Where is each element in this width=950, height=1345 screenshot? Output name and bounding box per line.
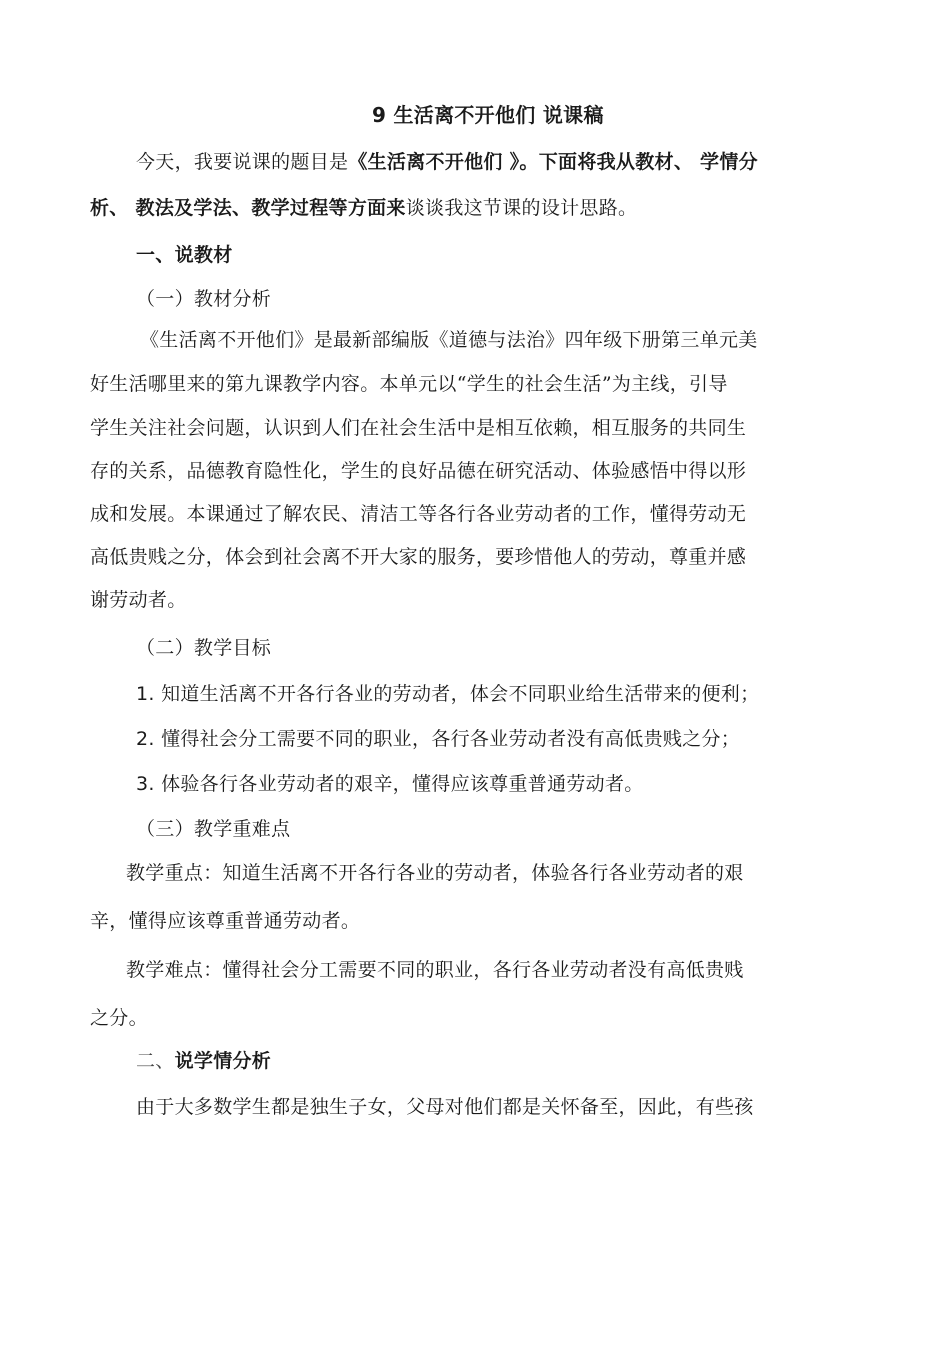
intro-text-bold: 《生活离不开他们 》。下面将我从教材、 学情分 bbox=[348, 151, 758, 173]
goal-item: 2. 懂得社会分工需要不同的职业，各行各业劳动者没有高低贵贱之分； bbox=[136, 727, 740, 751]
goal-item: 1. 知道生活离不开各行各业的劳动者，体会不同职业给生活带来的便利； bbox=[136, 682, 759, 706]
section-number: 二、 bbox=[136, 1050, 175, 1072]
intro-text: 谈谈我这节课的设计思路。 bbox=[406, 197, 638, 219]
difficult-point-line: 之分。 bbox=[90, 1006, 148, 1030]
subheading-key-difficult-points: （三）教学重难点 bbox=[136, 817, 290, 841]
paragraph-line: 《生活离不开他们》是最新部编版《道德与法治》四年级下册第三单元美 bbox=[140, 328, 758, 352]
subheading-teaching-goals: （二）教学目标 bbox=[136, 636, 271, 660]
intro-text: 今天，我要说课的题目是 bbox=[136, 151, 348, 173]
paragraph-line: 成和发展。本课通过了解农民、清洁工等各行各业劳动者的工作，懂得劳动无 bbox=[90, 502, 746, 526]
intro-line-1: 今天，我要说课的题目是《生活离不开他们 》。下面将我从教材、 学情分 bbox=[136, 150, 758, 174]
intro-text-bold: 析、 教法及学法、教学过程等方面来 bbox=[90, 197, 406, 219]
paragraph-line: 高低贵贱之分，体会到社会离不开大家的服务，要珍惜他人的劳动，尊重并感 bbox=[90, 545, 746, 569]
key-point-line: 辛，懂得应该尊重普通劳动者。 bbox=[90, 909, 360, 933]
intro-line-2: 析、 教法及学法、教学过程等方面来谈谈我这节课的设计思路。 bbox=[90, 196, 637, 220]
paragraph-line: 谢劳动者。 bbox=[90, 588, 187, 612]
section-title: 说学情分析 bbox=[175, 1050, 272, 1072]
paragraph-line: 由于大多数学生都是独生子女，父母对他们都是关怀备至，因此，有些孩 bbox=[136, 1095, 754, 1119]
document-title: 9 生活离不开他们 说课稿 bbox=[372, 103, 604, 127]
paragraph-line: 存的关系，品德教育隐性化，学生的良好品德在研究活动、体验感悟中得以形 bbox=[90, 459, 746, 483]
document-page: 9 生活离不开他们 说课稿 今天，我要说课的题目是《生活离不开他们 》。下面将我… bbox=[0, 0, 950, 1345]
subheading-textbook-analysis: （一）教材分析 bbox=[136, 287, 271, 311]
key-point-line: 教学重点：知道生活离不开各行各业的劳动者，体验各行各业劳动者的艰 bbox=[126, 861, 744, 885]
section-heading-textbook: 一、说教材 bbox=[136, 243, 233, 267]
section-heading-student-analysis: 二、说学情分析 bbox=[136, 1049, 271, 1073]
paragraph-line: 学生关注社会问题，认识到人们在社会生活中是相互依赖，相互服务的共同生 bbox=[90, 416, 746, 440]
difficult-point-line: 教学难点：懂得社会分工需要不同的职业，各行各业劳动者没有高低贵贱 bbox=[126, 958, 744, 982]
goal-item: 3. 体验各行各业劳动者的艰辛，懂得应该尊重普通劳动者。 bbox=[136, 772, 644, 796]
paragraph-line: 好生活哪里来的第九课教学内容。本单元以“学生的社会生活”为主线，引导 bbox=[90, 372, 728, 396]
